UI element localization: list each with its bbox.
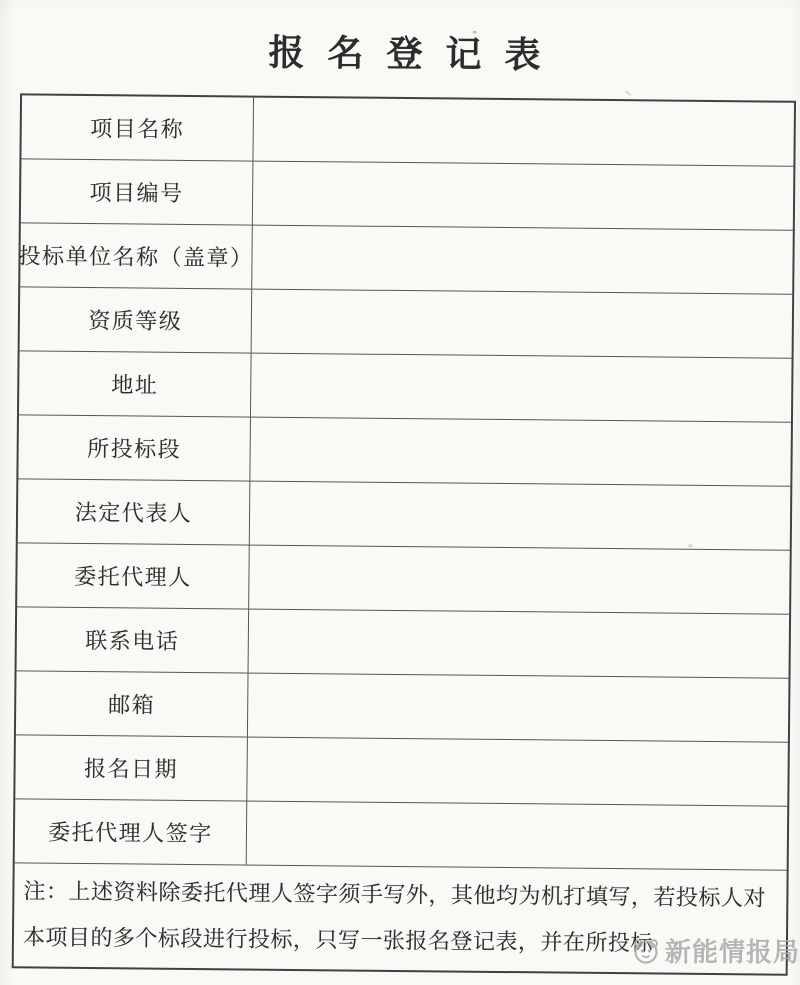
round-mascot-logo-icon xyxy=(630,935,662,967)
form-row: 所投标段 xyxy=(18,415,791,486)
row-value-cell xyxy=(253,98,794,166)
row-label-legal-representative: 法定代表人 xyxy=(18,479,251,544)
note-line-1: 注：上述资料除委托代理人签字须手写外，其他均为机打填写，若投标人对 xyxy=(23,868,778,921)
row-label-authorized-agent: 委托代理人 xyxy=(17,543,250,608)
row-label-registration-date: 报名日期 xyxy=(15,735,248,800)
row-label-email: 邮箱 xyxy=(16,671,249,736)
row-value-cell xyxy=(249,546,790,614)
row-value-cell xyxy=(250,418,791,486)
form-row: 联系电话 xyxy=(17,607,790,678)
row-value-cell xyxy=(247,802,788,870)
row-value-cell xyxy=(250,482,791,550)
form-row: 邮箱 xyxy=(16,671,789,742)
scanned-form: 报名登记表 项目名称 项目编号 投标单位名称（盖章） 资质等级 地址 所投标段 xyxy=(0,0,800,985)
row-label-bidder-name-seal: 投标单位名称（盖章） xyxy=(20,223,253,288)
form-row: 委托代理人签字 xyxy=(15,799,788,870)
row-label-qualification-level: 资质等级 xyxy=(20,287,253,352)
form-row: 委托代理人 xyxy=(17,543,790,614)
row-label-bid-section: 所投标段 xyxy=(18,415,251,480)
row-value-cell xyxy=(248,674,789,742)
row-label-agent-signature: 委托代理人签字 xyxy=(15,799,248,864)
page-title: 报名登记表 xyxy=(4,22,800,81)
row-value-cell xyxy=(247,738,788,806)
watermark-text: 新能情报局 xyxy=(665,932,800,969)
row-value-cell xyxy=(252,226,793,294)
watermark: 新能情报局 xyxy=(630,932,800,969)
form-row: 投标单位名称（盖章） xyxy=(20,223,793,294)
scan-speck xyxy=(624,90,632,96)
row-value-cell xyxy=(249,610,790,678)
form-row: 项目编号 xyxy=(21,159,794,230)
row-label-project-name: 项目名称 xyxy=(21,95,254,160)
form-row: 地址 xyxy=(19,351,792,422)
row-value-cell xyxy=(253,162,794,230)
row-value-cell xyxy=(251,354,792,422)
registration-table: 项目名称 项目编号 投标单位名称（盖章） 资质等级 地址 所投标段 法定代表人 xyxy=(12,93,796,975)
row-label-contact-phone: 联系电话 xyxy=(17,607,250,672)
form-row: 法定代表人 xyxy=(18,479,791,550)
form-row: 报名日期 xyxy=(15,735,788,806)
row-label-address: 地址 xyxy=(19,351,252,416)
form-row: 资质等级 xyxy=(20,287,793,358)
form-row: 项目名称 xyxy=(21,95,794,166)
row-label-project-number: 项目编号 xyxy=(21,159,254,224)
row-value-cell xyxy=(252,290,793,358)
